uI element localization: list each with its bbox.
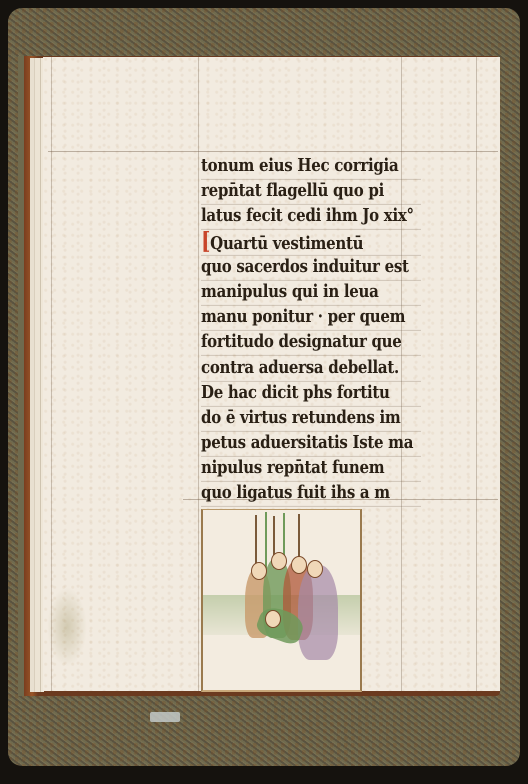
page-tab xyxy=(150,712,180,722)
ruling-line xyxy=(476,57,477,691)
text-column: tonum eius Hec corrigia repn̄tat flagell… xyxy=(201,155,421,508)
spear xyxy=(265,512,267,570)
text-line: fortitudo designatur que xyxy=(201,328,421,357)
head xyxy=(265,610,281,628)
text-line: latus fecit cedi ihm Jo xix° xyxy=(201,202,421,231)
text-line: quo ligatus fuit ihs a m xyxy=(201,479,421,508)
manuscript-page: tonum eius Hec corrigia repn̄tat flagell… xyxy=(43,57,500,691)
ruling-line xyxy=(198,57,199,691)
red-initial-mark: [ xyxy=(201,227,210,255)
water-stain xyxy=(47,587,87,667)
head xyxy=(251,562,267,580)
head xyxy=(271,552,287,570)
arrest-of-christ-drawing xyxy=(201,509,362,692)
head xyxy=(291,556,307,574)
head xyxy=(307,560,323,578)
leaf-stack xyxy=(30,58,44,692)
figure xyxy=(298,565,338,660)
